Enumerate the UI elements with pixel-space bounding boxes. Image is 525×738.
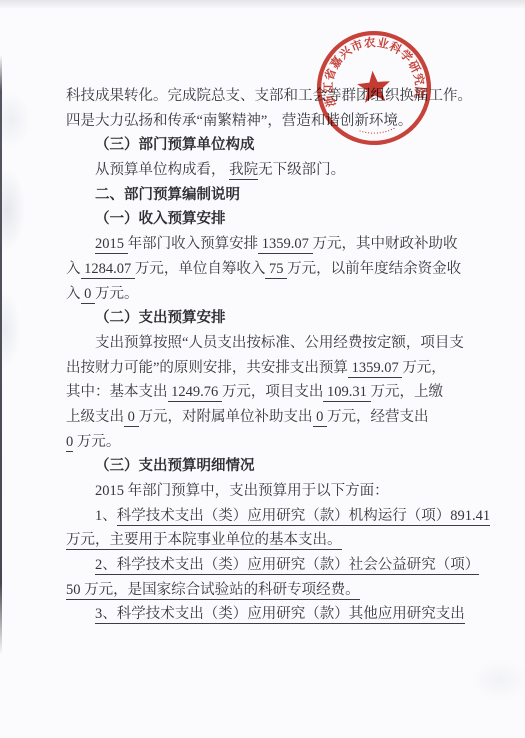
text-segment: 0: [313, 409, 328, 427]
doc-line: 1、科学技术支出（类）应用研究（款）机构运行（项）891.41: [66, 504, 478, 529]
text-segment: 1359.07: [348, 360, 402, 378]
text-segment: 0: [81, 286, 96, 304]
text-segment: 109.31: [323, 384, 370, 402]
text-segment: 万元，上缴: [371, 384, 444, 400]
text-segment: 入: [66, 286, 81, 302]
document-body: 科技成果转化。完成院总支、支部和工会等群团组织换届工作。四是大力弘扬和传承“南繁…: [66, 84, 478, 627]
seal-serial-marks: •••••••••••••: [358, 125, 398, 138]
text-segment: 无下级部门。: [258, 162, 345, 178]
text-segment: 科学技术支出（类）应用研究（款）机构运行（项）891.41: [117, 508, 490, 526]
text-segment: 入: [66, 261, 81, 277]
doc-line: 3、科学技术支出（类）应用研究（款）其他应用研究支出: [66, 602, 478, 627]
text-segment: 我院: [229, 162, 258, 180]
doc-line: 其中：基本支出 1249.76 万元，项目支出 109.31 万元，上缴: [66, 380, 478, 405]
text-segment: 万元，项目支出: [222, 384, 324, 400]
text-segment: 1284.07: [81, 261, 135, 279]
text-segment: 出按财力可能”的原则安排，共安排支出预算: [66, 360, 348, 376]
doc-line: 二、部门预算编制说明: [66, 183, 478, 208]
seal-graphic: 浙江省嘉兴市农业科学研究院 •••••••••••••: [309, 23, 439, 153]
text-segment: 75: [265, 261, 287, 279]
text-segment: 从预算单位构成看，: [95, 162, 229, 178]
text-segment: 1、: [95, 508, 117, 524]
text-segment: 万元，其中财政补助收: [313, 236, 458, 252]
doc-line: 50 万元，是国家综合试验站的科研专项经费。: [66, 578, 478, 603]
text-segment: 1249.76: [168, 384, 222, 402]
text-segment: （二）支出预算安排: [95, 310, 226, 326]
doc-line: 0 万元。: [66, 430, 478, 455]
text-segment: 50 万元，是国家综合试验站的科研专项经费。: [66, 582, 360, 600]
doc-line: 2015 年部门预算中，支出预算用于以下方面：: [66, 479, 478, 504]
text-segment: （一）收入预算安排: [95, 211, 226, 227]
text-segment: 3、科学技术支出（类）应用研究（款）其他应用研究支出: [95, 606, 465, 624]
scan-edge: [0, 55, 2, 655]
text-segment: 1359.07: [258, 236, 312, 254]
text-segment: 0: [124, 409, 139, 427]
text-segment: （三）部门预算单位构成: [95, 137, 255, 153]
document-page: 科技成果转化。完成院总支、支部和工会等群团组织换届工作。四是大力弘扬和传承“南繁…: [0, 0, 525, 738]
text-segment: 万元。: [95, 286, 139, 302]
text-segment: 万元，对附属单位补助支出: [139, 409, 313, 425]
doc-line: 支出预算按照“人员支出按标准、公用经费按定额，项目支: [66, 331, 478, 356]
doc-line: 从预算单位构成看， 我院无下级部门。: [66, 158, 478, 183]
text-segment: 万元，以前年度结余资金收: [287, 261, 461, 277]
doc-line: 2015 年部门收入预算安排 1359.07 万元，其中财政补助收: [66, 232, 478, 257]
text-segment: 万元，: [402, 360, 446, 376]
doc-line: 入 0 万元。: [66, 282, 478, 307]
text-segment: 2015 年部门预算中，支出预算用于以下方面：: [95, 483, 389, 499]
text-segment: 万元，经营支出: [327, 409, 429, 425]
doc-line: 入 1284.07 万元，单位自筹收入 75 万元，以前年度结余资金收: [66, 257, 478, 282]
doc-line: （一）收入预算安排: [66, 207, 478, 232]
text-segment: 2015: [95, 236, 128, 254]
text-segment: 支出预算按照“人员支出按标准、公用经费按定额，项目支: [95, 335, 464, 351]
text-segment: 二、部门预算编制说明: [95, 187, 240, 203]
text-segment: 万元，单位自筹收入: [135, 261, 266, 277]
text-segment: 年部门收入预算安排: [128, 236, 259, 252]
text-segment: 2、科学技术支出（类）应用研究（款）社会公益研究（项）: [95, 557, 479, 575]
doc-line: 万元，主要用于本院事业单位的基本支出。: [66, 528, 478, 553]
official-seal: 浙江省嘉兴市农业科学研究院 •••••••••••••: [309, 23, 439, 153]
seal-arc-text: 浙江省嘉兴市农业科学研究院: [316, 31, 428, 109]
text-segment: 上级支出: [66, 409, 124, 425]
doc-line: 上级支出 0 万元，对附属单位补助支出 0 万元，经营支出: [66, 405, 478, 430]
text-segment: （三）支出预算明细情况: [95, 458, 255, 474]
seal-star: [356, 69, 392, 103]
doc-line: 出按财力可能”的原则安排，共安排支出预算 1359.07 万元，: [66, 356, 478, 381]
doc-line: （二）支出预算安排: [66, 306, 478, 331]
doc-line: 2、科学技术支出（类）应用研究（款）社会公益研究（项）: [66, 553, 478, 578]
text-segment: 其中：基本支出: [66, 384, 168, 400]
doc-line: （三）支出预算明细情况: [66, 454, 478, 479]
text-segment: 万元，主要用于本院事业单位的基本支出。: [66, 532, 342, 550]
text-segment: 万元。: [73, 434, 120, 450]
